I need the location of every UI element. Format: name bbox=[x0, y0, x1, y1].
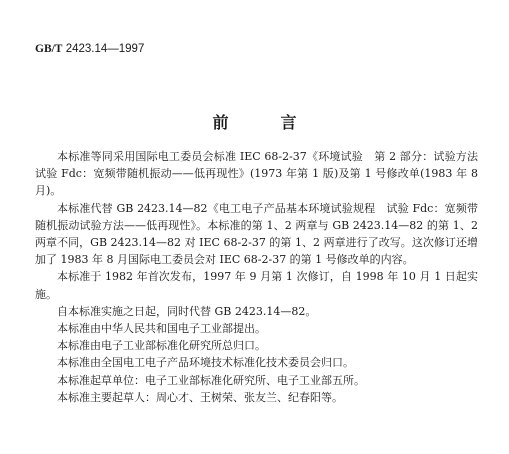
page-title: 前言 bbox=[0, 110, 509, 133]
paragraph-drafting-units: 本标准起草单位：电子工业部标准化研究所、电子工业部五所。 bbox=[35, 372, 478, 389]
standard-code: GB/T 2423.14—1997 bbox=[35, 43, 144, 55]
paragraph-committee: 本标准由全国电工电子产品环境技术标准化技术委员会归口。 bbox=[35, 354, 478, 371]
paragraph-adoption: 本标准等同采用国际电工委员会标准 IEC 68-2-37《环境试验 第 2 部分… bbox=[35, 148, 478, 200]
foreword-body: 本标准等同采用国际电工委员会标准 IEC 68-2-37《环境试验 第 2 部分… bbox=[35, 148, 478, 406]
title-char-2: 言 bbox=[281, 110, 297, 133]
paragraph-supersedes: 自本标准实施之日起，同时代替 GB 2423.14—82。 bbox=[35, 303, 478, 320]
paragraph-proposer: 本标准由中华人民共和国电子工业部提出。 bbox=[35, 320, 478, 337]
standard-prefix: GB/T bbox=[35, 43, 62, 55]
paragraph-drafters: 本标准主要起草人：周心才、王树荣、张友兰、纪春阳等。 bbox=[35, 389, 478, 406]
paragraph-replacement: 本标准代替 GB 2423.14—82《电工电子产品基本环境试验规程 试验 Fd… bbox=[35, 200, 478, 269]
paragraph-history: 本标准于 1982 年首次发布，1997 年 9 月第 1 次修订，自 1998… bbox=[35, 268, 478, 302]
title-char-1: 前 bbox=[212, 110, 228, 133]
paragraph-general-admin: 本标准由电子工业部标准化研究所总归口。 bbox=[35, 337, 478, 354]
standard-number: 2423.14—1997 bbox=[66, 43, 145, 55]
